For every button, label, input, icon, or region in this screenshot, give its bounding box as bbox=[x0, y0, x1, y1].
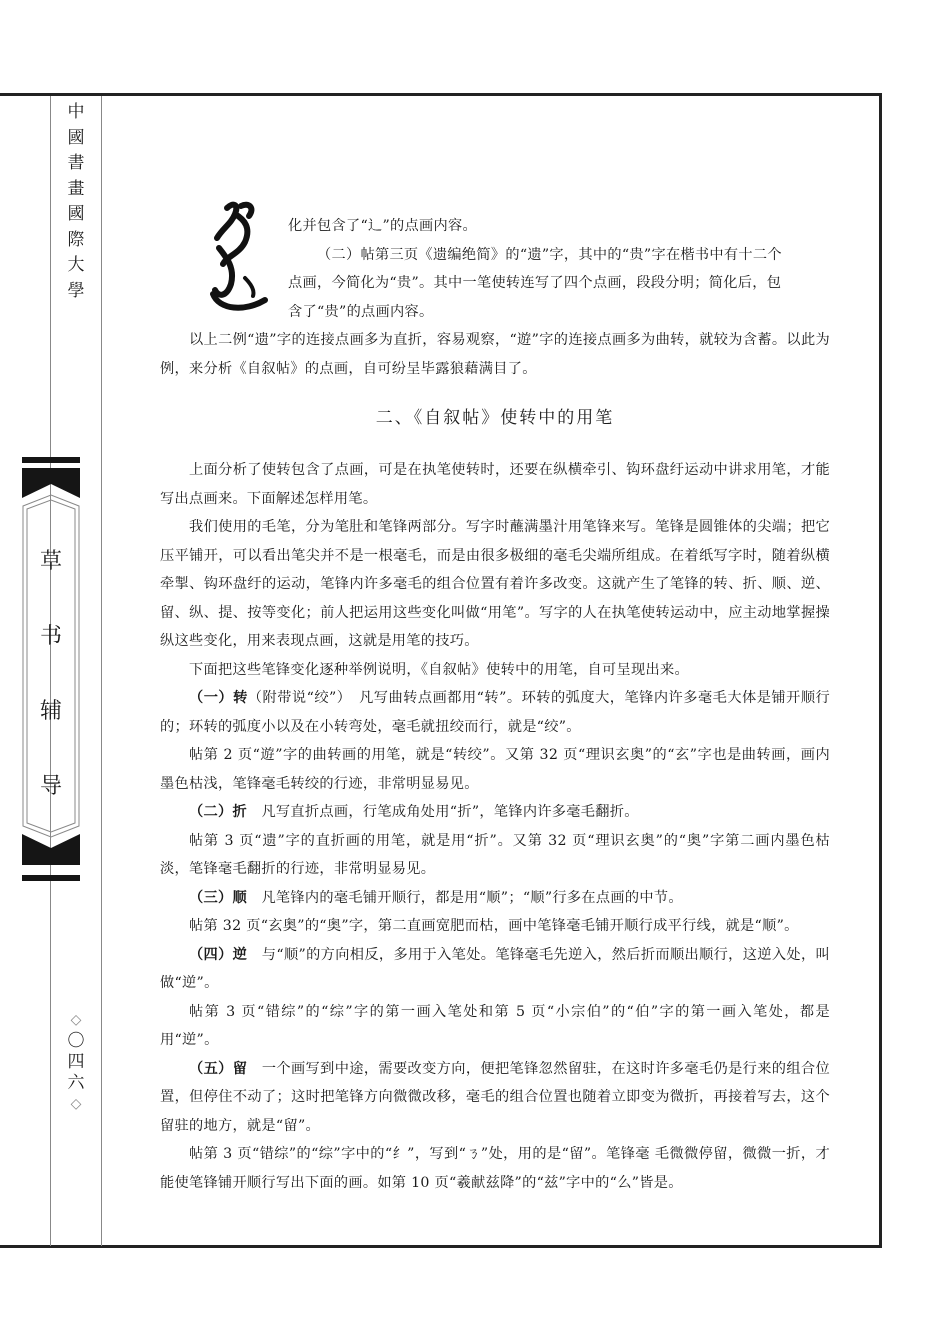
publisher-name: 中 國 書 畫 國 際 大 學 bbox=[53, 100, 99, 304]
calligraphy-glyph-image bbox=[205, 198, 273, 316]
spine-border-right bbox=[101, 96, 102, 1246]
book-title-char: 草 bbox=[22, 524, 80, 599]
paragraph: 帖第 3 页“错综”的“综”字的第一画入笔处和第 5 页“小宗伯”的“伯”字的第… bbox=[160, 998, 830, 1055]
paragraph: 我们使用的毛笔，分为笔肚和笔锋两部分。写字时蘸满墨汁用笔锋来写。笔锋是圆锥体的尖… bbox=[160, 513, 830, 656]
page-number: ◇ 〇 四 六 ◇ bbox=[53, 1010, 99, 1115]
diamond-icon: ◇ bbox=[53, 1094, 99, 1115]
paragraph: （二）折 凡写直折点画，行笔成角处用“折”，笔锋内许多毫毛翻折。 bbox=[160, 798, 830, 827]
paragraph: 帖第 2 页“遊”字的曲转画的用笔，就是“转绞”。又第 32 页“理识玄奥”的“… bbox=[160, 741, 830, 798]
book-title-cartouche: 草 书 辅 导 bbox=[22, 494, 80, 838]
paragraph: （三）顺 凡笔锋内的毫毛铺开顺行，都是用“顺”；“顺”行多在点画的中节。 bbox=[160, 884, 830, 913]
book-title-char: 导 bbox=[22, 749, 80, 824]
diamond-icon: ◇ bbox=[53, 1010, 99, 1031]
paragraph: 下面把这些笔锋变化逐种举例说明，《自叙帖》使转中的用笔，自可呈现出来。 bbox=[160, 656, 830, 685]
body-block-1: 以上二例“遗”字的连接点画多为直折，容易观察，“遊”字的连接点画多为曲转，就较为… bbox=[160, 326, 830, 383]
decorative-band-top-thin bbox=[22, 457, 80, 463]
intro-text: 化并包含了“辶”的点画内容。 （二）帖第三页《遗编绝简》的“遗”字，其中的“贵”… bbox=[288, 212, 830, 326]
paragraph: 上面分析了使转包含了点画，可是在执笔使转时，还要在纵横牵引、钩环盘纡运动中讲求用… bbox=[160, 456, 830, 513]
book-title-char: 书 bbox=[22, 599, 80, 674]
section-heading: 二、《自叙帖》使转中的用笔 bbox=[160, 403, 830, 428]
paragraph: 帖第 3 页“错综”的“综”字中的“纟”，写到“ㄋ”处，用的是“留”。笔锋毫 毛… bbox=[160, 1140, 830, 1197]
paragraph: 以上二例“遗”字的连接点画多为直折，容易观察，“遊”字的连接点画多为曲转，就较为… bbox=[160, 326, 830, 383]
paragraph: （五）留 一个画写到中途，需要改变方向，便把笔锋忽然留驻，在这时许多毫毛仍是行来… bbox=[160, 1055, 830, 1141]
decorative-band-bottom-chevron bbox=[22, 834, 80, 865]
paragraph: 帖第 3 页“遗”字的直折画的用笔，就是用“折”。又第 32 页“理识玄奥”的“… bbox=[160, 827, 830, 884]
body-block-2: 上面分析了使转包含了点画，可是在执笔使转时，还要在纵横牵引、钩环盘纡运动中讲求用… bbox=[160, 456, 830, 1197]
paragraph: 帖第 32 页“玄奥”的“奥”字，第二直画宽肥而枯，画中笔锋毫毛铺开顺行成平行线… bbox=[160, 912, 830, 941]
paragraph: （一）转（附带说“绞”） 凡写曲转点画都用“转”。环转的弧度大，笔锋内许多毫毛大… bbox=[160, 684, 830, 741]
paragraph: （四）逆 与“顺”的方向相反，多用于入笔处。笔锋毫毛先逆入，然后折而顺出顺行，这… bbox=[160, 941, 830, 998]
decorative-band-bottom-thin bbox=[22, 875, 80, 881]
book-title-char: 辅 bbox=[22, 674, 80, 749]
